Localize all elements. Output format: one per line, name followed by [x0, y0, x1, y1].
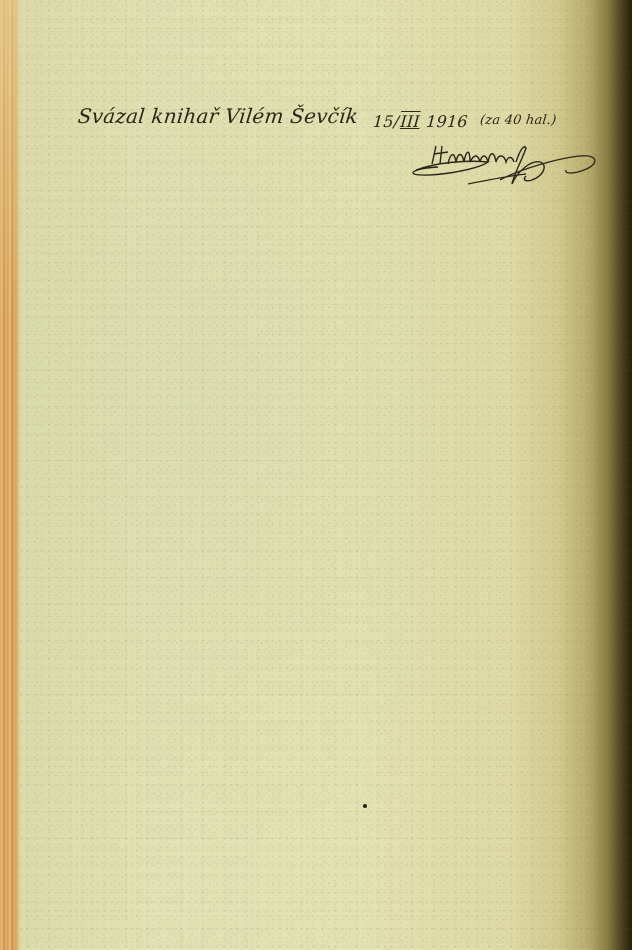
book-page-edges [0, 0, 20, 950]
signature [408, 140, 604, 192]
inscription-date: 15/III 1916 [372, 112, 468, 131]
signature-icon [408, 140, 604, 192]
date-day: 15 [372, 112, 394, 131]
binder-inscription: Svázal knihař Vilém Ševčík [77, 104, 360, 128]
date-year: 1916 [426, 112, 469, 131]
scanned-page: Svázal knihař Vilém Ševčík 15/III 1916 (… [0, 0, 632, 950]
price-note: (za 40 hal.) [479, 113, 557, 128]
ink-speck [363, 804, 367, 808]
date-month: III [399, 112, 422, 131]
